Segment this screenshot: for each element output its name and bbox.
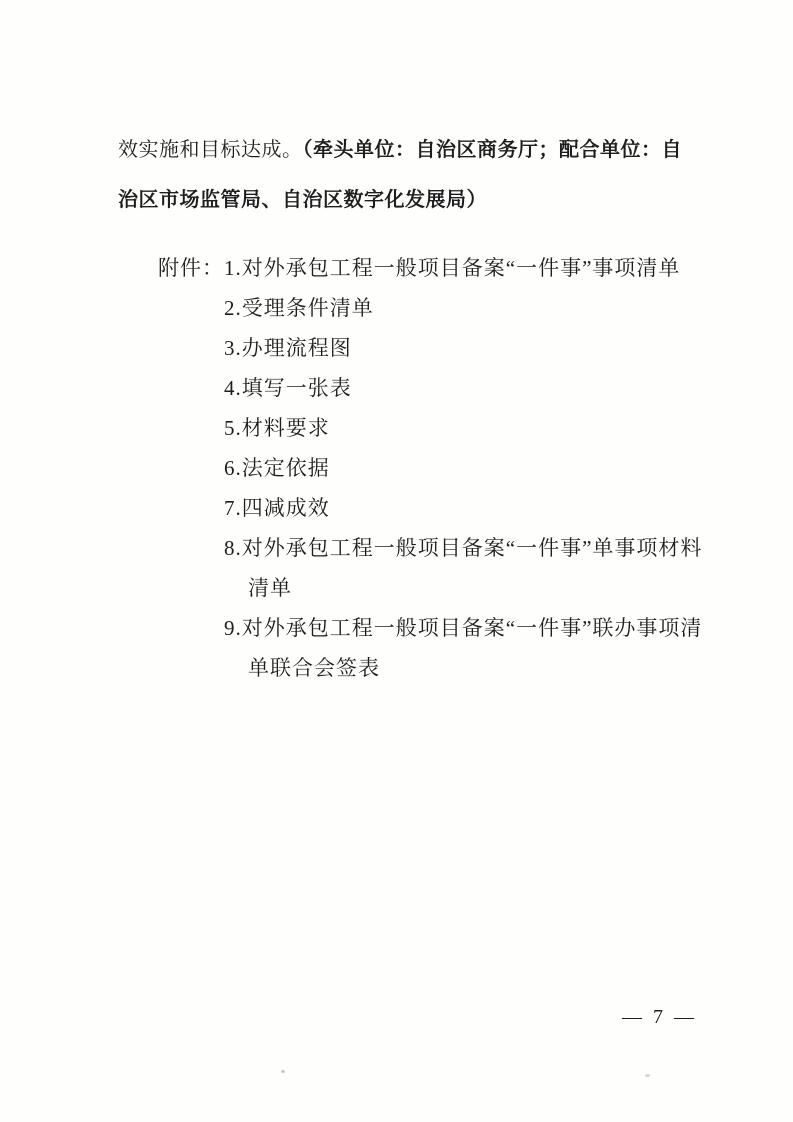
attachment-item-text: 法定依据 <box>242 456 330 480</box>
attachment-item-number: 4. <box>224 376 242 400</box>
attachment-item-text: 填写一张表 <box>242 376 352 400</box>
attachment-item-text: 材料要求 <box>242 416 330 440</box>
paragraph-regular-text: 效实施和目标达成。 <box>118 139 303 161</box>
attachment-item-4: 4.填写一张表 <box>224 368 702 408</box>
attachments-list: 1.对外承包工程一般项目备案“一件事”事项清单 2.受理条件清单 3.办理流程图… <box>224 248 702 688</box>
attachment-item-text: 对外承包工程一般项目备案“一件事”单事项材料 清单 <box>242 536 703 600</box>
attachment-item-number: 3. <box>224 336 242 360</box>
attachment-item-text: 办理流程图 <box>242 336 352 360</box>
closing-paragraph: 效实施和目标达成。（牵头单位：自治区商务厅；配合单位：自 治区市场监管局、自治区… <box>118 125 718 225</box>
attachments-section: 附件： 1.对外承包工程一般项目备案“一件事”事项清单 2.受理条件清单 3.办… <box>158 248 702 688</box>
attachment-item-5: 5.材料要求 <box>224 408 702 448</box>
attachment-item-number: 8. <box>224 536 242 560</box>
attachment-item-text: 受理条件清单 <box>242 296 374 320</box>
attachment-item-number: 2. <box>224 296 242 320</box>
attachment-item-number: 5. <box>224 416 242 440</box>
attachment-item-text: 对外承包工程一般项目备案“一件事”事项清单 <box>242 256 681 280</box>
attachment-item-6: 6.法定依据 <box>224 448 702 488</box>
document-page: 效实施和目标达成。（牵头单位：自治区商务厅；配合单位：自 治区市场监管局、自治区… <box>0 0 793 1122</box>
attachment-item-7: 7.四减成效 <box>224 488 702 528</box>
attachment-item-number: 7. <box>224 496 242 520</box>
attachment-item-3: 3.办理流程图 <box>224 328 702 368</box>
attachment-item-8: 8.对外承包工程一般项目备案“一件事”单事项材料 清单 <box>224 528 702 608</box>
attachments-label: 附件： <box>158 248 224 288</box>
attachment-item-text: 四减成效 <box>242 496 330 520</box>
attachment-item-1: 1.对外承包工程一般项目备案“一件事”事项清单 <box>224 248 702 288</box>
attachment-item-9: 9.对外承包工程一般项目备案“一件事”联办事项清 单联合会签表 <box>224 608 702 688</box>
attachment-item-number: 6. <box>224 456 242 480</box>
attachment-item-number: 1. <box>224 256 242 280</box>
page-number: — 7 — <box>622 1003 697 1031</box>
attachment-item-2: 2.受理条件清单 <box>224 288 702 328</box>
attachment-item-text: 对外承包工程一般项目备案“一件事”联办事项清 单联合会签表 <box>242 616 703 680</box>
scan-speck <box>645 1074 650 1077</box>
scan-speck <box>281 1070 285 1073</box>
attachment-item-number: 9. <box>224 616 242 640</box>
